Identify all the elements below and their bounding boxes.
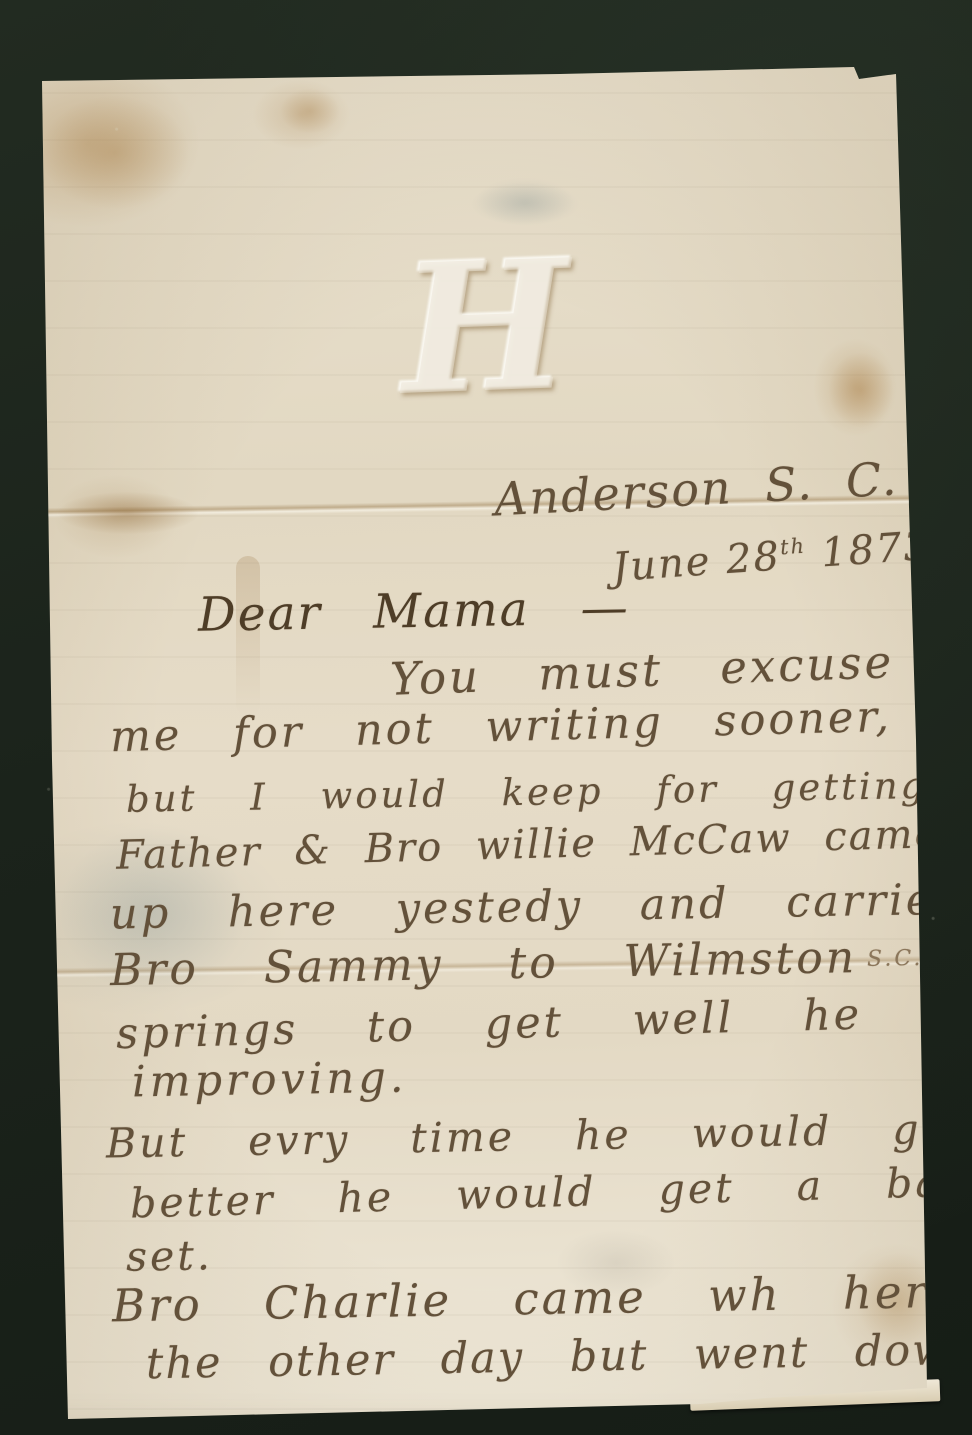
letter-line: me for not writing sooner,	[109, 692, 892, 762]
stain-spot	[828, 352, 894, 428]
letter-line: Father & Bro willie McCaw came	[116, 811, 941, 879]
salutation: Dear Mama —	[198, 580, 631, 643]
wilmston-suffix: S.C.	[867, 946, 924, 972]
stain-spot	[58, 492, 198, 534]
date-year: 1873	[820, 523, 933, 577]
stain-spot	[40, 95, 190, 210]
heading-place: Anderson S. C.	[493, 451, 900, 526]
letter-line: the other day but went down	[146, 1325, 972, 1390]
letter-line: improving.	[132, 1053, 408, 1108]
letter-line: up here yestedy and carried	[110, 875, 966, 940]
letter-line: better he would get a back-	[130, 1156, 972, 1227]
photo-of-letter: H Anderson S. C. June 28th 1873 Dear Mam…	[0, 0, 972, 1435]
letter-line: set.	[126, 1231, 214, 1281]
letter-line-text: Bro Sammy to Wilmston	[110, 932, 858, 996]
date-ordinal: th	[779, 534, 806, 560]
stain-spot	[280, 88, 340, 134]
letter-line: but I would keep for getting it.	[126, 762, 972, 821]
letter-page: H Anderson S. C. June 28th 1873 Dear Mam…	[0, 0, 972, 1435]
heading-date: June 28th 1873	[611, 523, 933, 591]
date-day: June 28	[611, 533, 783, 591]
letter-line: Bro Charlie came wh here	[112, 1265, 959, 1333]
stain-smudge-blue	[470, 182, 580, 226]
embossed-monogram-letter: H	[394, 225, 571, 441]
letter-line: springs to get well he is	[115, 987, 972, 1059]
letter-line: But evry time he would get	[106, 1104, 969, 1167]
letter-line: Bro Sammy to WilmstonS.C.	[110, 931, 924, 996]
